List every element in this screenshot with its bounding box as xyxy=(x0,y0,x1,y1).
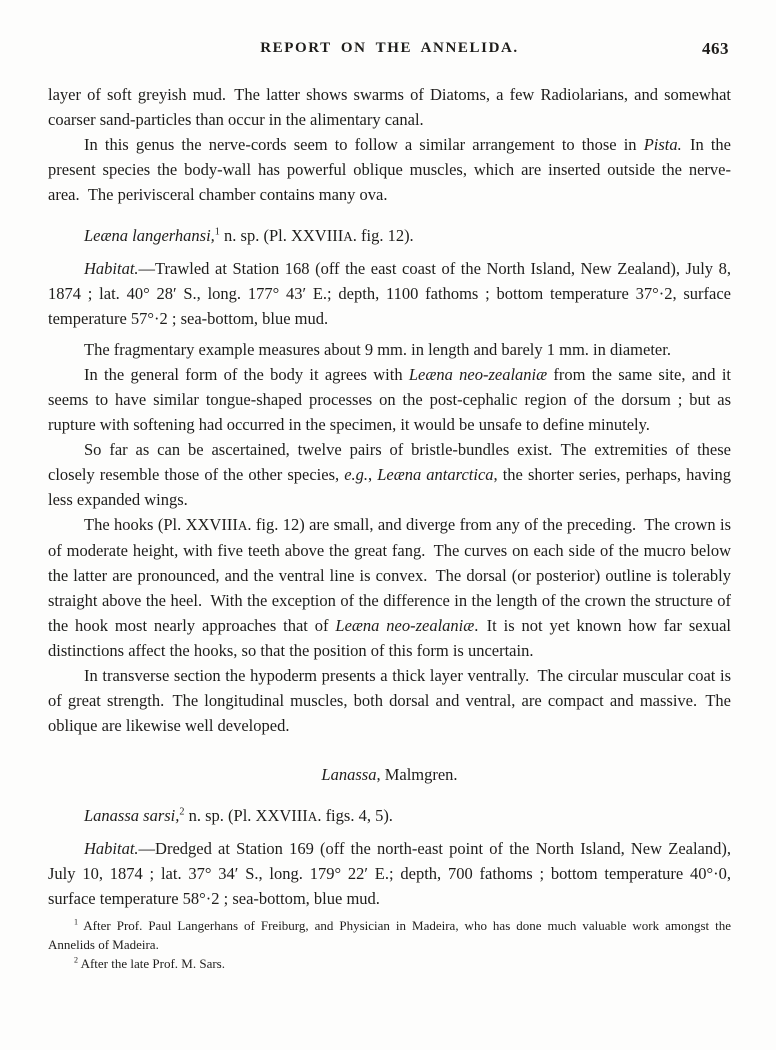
text-run: In transverse section the hypoderm prese… xyxy=(48,666,731,735)
footnote-2: 2 After the late Prof. M. Sars. xyxy=(48,954,731,973)
paragraph-general-form: In the general form of the body it agree… xyxy=(48,362,731,437)
text-run: , Malmgren. xyxy=(376,765,457,784)
footnote-1: 1 After Prof. Paul Langerhans of Freibur… xyxy=(48,916,731,954)
text-run: layer of soft greyish mud. The latter sh… xyxy=(48,85,731,129)
text-run: Leæna neo-zealaniæ xyxy=(409,365,547,384)
text-run: Pista. xyxy=(644,135,682,154)
footnotes-section: 1 After Prof. Paul Langerhans of Freibur… xyxy=(48,916,731,973)
text-run: , xyxy=(368,465,377,484)
page-body: layer of soft greyish mud. The latter sh… xyxy=(48,82,731,911)
text-run: Leæna neo-zealaniæ xyxy=(335,616,474,635)
habitat-lanassa-sarsi: Habitat.—Dredged at Station 169 (off the… xyxy=(48,836,731,911)
text-run: Leæna langerhansi, xyxy=(84,226,215,245)
paragraph-transverse-section: In transverse section the hypoderm prese… xyxy=(48,663,731,738)
text-run: In the general form of the body it agree… xyxy=(84,365,409,384)
text-run: Habitat. xyxy=(84,259,139,278)
text-run: n. sp. (Pl. XXVIII xyxy=(184,806,307,825)
text-run: e.g. xyxy=(344,465,368,484)
paragraph-fragmentary-example: The fragmentary example measures about 9… xyxy=(48,337,731,362)
text-run: After the late Prof. M. Sars. xyxy=(78,956,225,971)
text-run: A xyxy=(343,229,353,244)
text-run: The fragmentary example measures about 9… xyxy=(84,340,671,359)
text-run: . fig. 12). xyxy=(353,226,414,245)
text-run: n. sp. (Pl. XXVIII xyxy=(220,226,343,245)
habitat-laena-langerhansi: Habitat.—Trawled at Station 168 (off the… xyxy=(48,256,731,331)
scanned-page: REPORT ON THE ANNELIDA. 463 layer of sof… xyxy=(0,0,776,1050)
paragraph-bristle-bundles: So far as can be ascertained, twelve pai… xyxy=(48,437,731,512)
paragraph-hooks: The hooks (Pl. XXVIIIA. fig. 12) are sma… xyxy=(48,512,731,663)
heading-lanassa-sarsi: Lanassa sarsi,2 n. sp. (Pl. XXVIIIA. fig… xyxy=(48,803,731,829)
paragraph-continuation-mud: layer of soft greyish mud. The latter sh… xyxy=(48,82,731,132)
running-title: REPORT ON THE ANNELIDA. xyxy=(48,40,731,57)
text-run: —Trawled at Station 168 (off the east co… xyxy=(48,259,731,328)
heading-lanassa-genus: Lanassa, Malmgren. xyxy=(48,762,731,787)
text-run: A xyxy=(238,518,248,533)
text-run: —Dredged at Station 169 (off the north-e… xyxy=(48,839,731,908)
text-run: After Prof. Paul Langerhans of Freiburg,… xyxy=(48,918,731,952)
text-run: Lanassa xyxy=(321,765,376,784)
text-run: Lanassa sarsi, xyxy=(84,806,179,825)
text-run: The hooks (Pl. XXVIII xyxy=(84,515,238,534)
text-run: In this genus the nerve-cords seem to fo… xyxy=(84,135,644,154)
text-run: Habitat. xyxy=(84,839,139,858)
text-run: . figs. 4, 5). xyxy=(317,806,393,825)
page-header: REPORT ON THE ANNELIDA. 463 xyxy=(48,40,731,64)
text-run: A xyxy=(308,809,318,824)
heading-laena-langerhansi: Leæna langerhansi,1 n. sp. (Pl. XXVIIIA.… xyxy=(48,223,731,249)
page-number: 463 xyxy=(702,39,729,59)
text-run: Leæna antarctica xyxy=(377,465,493,484)
paragraph-genus-nerve-cords: In this genus the nerve-cords seem to fo… xyxy=(48,132,731,207)
